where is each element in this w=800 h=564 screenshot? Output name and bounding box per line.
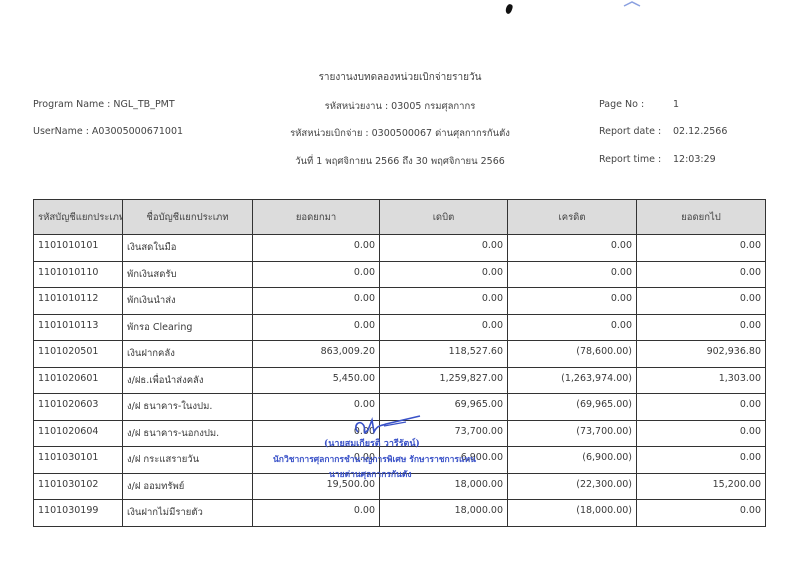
cell-account-code: 1101030102	[34, 473, 123, 500]
header-debit: เดบิต	[380, 200, 508, 235]
cell-account-name: ง/ฝ ธนาคาร-นอกงปม.	[123, 420, 253, 447]
table-header-row: รหัสบัญชีแยกประเภท ชื่อบัญชีแยกประเภท ยอ…	[34, 200, 766, 235]
stamp-position-line1: นักวิชาการศุลกากรชำนาญการพิเศษ รักษาราชก…	[273, 452, 476, 466]
scan-mark	[504, 3, 513, 14]
report-date-value: 02.12.2566	[673, 126, 727, 137]
cell-closing-balance: 0.00	[637, 314, 766, 341]
cell-opening-balance: 0.00	[253, 500, 380, 527]
table-row: 1101010112พักเงินนำส่ง0.000.000.000.00	[34, 288, 766, 315]
cell-closing-balance: 0.00	[637, 394, 766, 421]
cell-closing-balance: 1,303.00	[637, 367, 766, 394]
table-row: 1101020501เงินฝากคลัง863,009.20118,527.6…	[34, 341, 766, 368]
cell-account-name: ง/ฝ ออมทรัพย์	[123, 473, 253, 500]
cell-account-name: พักเงินนำส่ง	[123, 288, 253, 315]
header-account-code: รหัสบัญชีแยกประเภท	[34, 200, 123, 235]
table-row: 1101020601ง/ฝธ.เพื่อนำส่งคลัง5,450.001,2…	[34, 367, 766, 394]
cell-debit: 1,259,827.00	[380, 367, 508, 394]
scan-mark	[622, 0, 642, 8]
cell-account-code: 1101030101	[34, 447, 123, 474]
cell-debit: 118,527.60	[380, 341, 508, 368]
cell-opening-balance: 5,450.00	[253, 367, 380, 394]
cell-credit: 0.00	[508, 288, 637, 315]
page-no-value: 1	[673, 99, 679, 110]
cell-account-code: 1101030199	[34, 500, 123, 527]
cell-credit: (18,000.00)	[508, 500, 637, 527]
header-credit: เครดิต	[508, 200, 637, 235]
cell-closing-balance: 902,936.80	[637, 341, 766, 368]
cell-credit: (22,300.00)	[508, 473, 637, 500]
cell-debit: 0.00	[380, 235, 508, 262]
cell-account-code: 1101010101	[34, 235, 123, 262]
cell-debit: 0.00	[380, 261, 508, 288]
cell-opening-balance: 0.00	[253, 314, 380, 341]
cell-account-name: พักเงินสดรับ	[123, 261, 253, 288]
cell-opening-balance: 0.00	[253, 261, 380, 288]
cell-opening-balance: 0.00	[253, 288, 380, 315]
cell-closing-balance: 0.00	[637, 235, 766, 262]
cell-account-name: ง/ฝ ธนาคาร-ในงปม.	[123, 394, 253, 421]
cell-account-code: 1101020604	[34, 420, 123, 447]
table-row: 1101010113พักรอ Clearing0.000.000.000.00	[34, 314, 766, 341]
cell-credit: (69,965.00)	[508, 394, 637, 421]
cell-credit: (6,900.00)	[508, 447, 637, 474]
cell-account-code: 1101020501	[34, 341, 123, 368]
cell-closing-balance: 0.00	[637, 500, 766, 527]
report-time-label: Report time :	[599, 154, 661, 165]
cell-debit: 18,000.00	[380, 500, 508, 527]
cell-account-name: ง/ฝ กระแสรายวัน	[123, 447, 253, 474]
cell-account-name: พักรอ Clearing	[123, 314, 253, 341]
table-row: 1101010110พักเงินสดรับ0.000.000.000.00	[34, 261, 766, 288]
stamp-position-line2: นายด่านศุลกากรกันตัง	[329, 467, 412, 481]
cell-closing-balance: 0.00	[637, 261, 766, 288]
cell-closing-balance: 15,200.00	[637, 473, 766, 500]
cell-account-name: เงินสดในมือ	[123, 235, 253, 262]
cell-closing-balance: 0.00	[637, 420, 766, 447]
cell-credit: (78,600.00)	[508, 341, 637, 368]
header-opening-balance: ยอดยกมา	[253, 200, 380, 235]
page-no-label: Page No :	[599, 99, 644, 110]
agency-code: รหัสหน่วยงาน : 03005 กรมศุลกากร	[0, 99, 800, 114]
report-date-label: Report date :	[599, 126, 661, 137]
report-title: รายงานงบทดลองหน่วยเบิกจ่ายรายวัน	[0, 70, 800, 85]
cell-closing-balance: 0.00	[637, 288, 766, 315]
table-row: 1101010101เงินสดในมือ0.000.000.000.00	[34, 235, 766, 262]
cell-opening-balance: 0.00	[253, 235, 380, 262]
cell-account-code: 1101020601	[34, 367, 123, 394]
report-time-value: 12:03:29	[673, 154, 716, 165]
cell-credit: 0.00	[508, 235, 637, 262]
cell-account-code: 1101010110	[34, 261, 123, 288]
cell-account-name: ง/ฝธ.เพื่อนำส่งคลัง	[123, 367, 253, 394]
cell-account-name: เงินฝากไม่มีรายตัว	[123, 500, 253, 527]
cell-account-code: 1101020603	[34, 394, 123, 421]
cell-debit: 0.00	[380, 314, 508, 341]
cell-debit: 0.00	[380, 288, 508, 315]
cell-credit: 0.00	[508, 261, 637, 288]
header-account-name: ชื่อบัญชีแยกประเภท	[123, 200, 253, 235]
stamp-name: (นายสมเกียรติ วารีรัตน์)	[324, 436, 420, 450]
cell-credit: (1,263,974.00)	[508, 367, 637, 394]
cell-account-name: เงินฝากคลัง	[123, 341, 253, 368]
table-row: 1101030199เงินฝากไม่มีรายตัว0.0018,000.0…	[34, 500, 766, 527]
cell-credit: (73,700.00)	[508, 420, 637, 447]
header-closing-balance: ยอดยกไป	[637, 200, 766, 235]
cell-opening-balance: 863,009.20	[253, 341, 380, 368]
cell-closing-balance: 0.00	[637, 447, 766, 474]
cell-account-code: 1101010113	[34, 314, 123, 341]
cell-account-code: 1101010112	[34, 288, 123, 315]
cell-credit: 0.00	[508, 314, 637, 341]
